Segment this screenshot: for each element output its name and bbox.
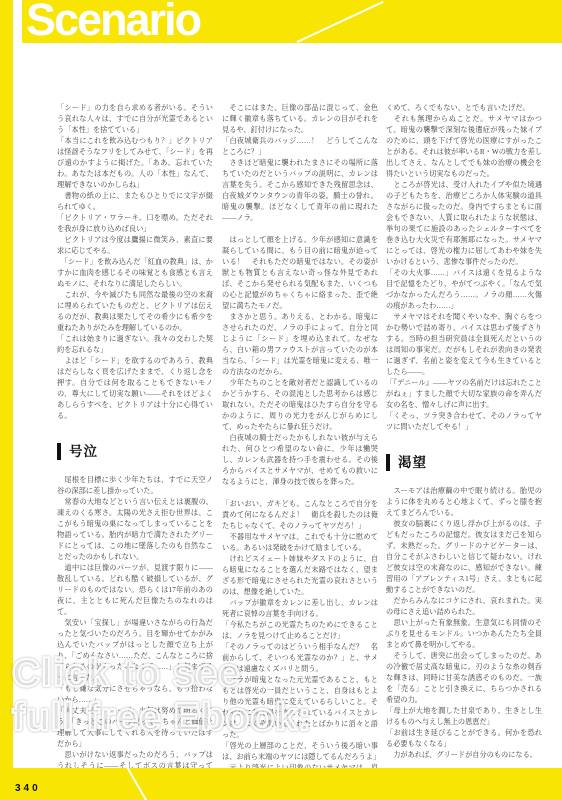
- paragraph: 不器用なサメヤマは、これでも十分に慰めている。あるいは発破をかけて励ましている。: [222, 532, 378, 554]
- paragraph: 道中には巨像のパーツが、見渡す限りに——散乱している。どれも酷く破損しているが、…: [57, 563, 213, 618]
- paragraph: 「おいおい、ガキども。こんなところで自分を責めて何になるんだよ！ 衛兵を殺したの…: [222, 499, 378, 532]
- paragraph: 尾根を目標に歩く少年たちは、すでに天空ノ谷の深部に差し掛かっていた。: [57, 475, 213, 497]
- paragraph: 常春の大地などという言い伝えとは裏腹の、凍えのくる寒さ。太陽の光さえ拒む世界は、…: [57, 497, 213, 563]
- paragraph: 少年たちのことを敵対者だと認識しているのかどうかすら、その混沌とした思考からは感…: [222, 378, 378, 433]
- paragraph: 「今私たちがこの光霊たちのためにできることは、ノラを見つけて止めることだけ」: [222, 620, 378, 642]
- paragraph: スーモアは治療繭の中で眠り続ける。胎児のように体を丸めると心地よくて、ずっと膝を…: [386, 486, 542, 519]
- paragraph: 白夜城の騎士だったかもしれない彼が与えられた、何ひとつ希望のない命に、少年は慟哭…: [222, 433, 378, 488]
- paragraph: さきほど暗鬼に襲われたまさにその場所に落ちていたのだというバップの説明に、カレン…: [222, 158, 378, 224]
- paragraph: 書物の紙の上に、またもひとりでに文字が綴られてゆく。: [57, 191, 213, 213]
- section-heading-label: 号泣: [69, 446, 98, 457]
- paragraph: サメヤマはそれを聞くやいなや、胸ぐらをつかむ勢いで詰め寄り、バイスは思わず後ずさ…: [386, 312, 542, 378]
- paragraph: 「これは始まりに過ぎない。我々の交わした契約を忘れるな」: [57, 334, 213, 356]
- paragraph: 力があれば、グリードが自分のものになる。: [386, 750, 542, 761]
- watermark-line: full free Ebook:: [12, 696, 312, 740]
- column-3: くめて、ろくでもない、とでも言いたげだ。 それも無理からぬことだ。サメヤマはかつ…: [386, 103, 542, 761]
- paragraph: ところが啓光は、受け入れたイブや似た境遇の子どもたちを、治療どころか人体実験の道…: [386, 180, 542, 268]
- paragraph: ビクトリアは今度は鷹揚に微笑み、素直に要求に応じてやる。: [57, 235, 213, 257]
- paragraph: バップが徽章をカレンに差し出し、カレンは死者に哀悼の言葉を手向ける。: [222, 598, 378, 620]
- watermark-line: Click to see: [12, 652, 312, 696]
- page-title: Scenario: [26, 0, 200, 40]
- page-number: 340: [15, 783, 41, 794]
- paragraph: 「お前は生き延びることができる。何かを恐れる必要もなくなる」: [386, 728, 542, 750]
- paragraph: 思い上がった有象無象。生意気にも同情のそぶりを見せるモンドル。いつかあんたたち全…: [386, 618, 542, 651]
- paragraph: これが、今や滅びたも同然な最後の空の末裔に埋められていたものだと、ビクトリアは伝…: [57, 290, 213, 334]
- paragraph: まさかと思う。ありえる、とわかる。暗鬼にさせられたのだ、ノラの手によって、自分と…: [222, 312, 378, 378]
- paragraph: 「ビクトリア・ワラーキ。口を噤め。ただそれを我が身に放り込めば良い」: [57, 213, 213, 235]
- heading-bar: [386, 454, 390, 471]
- paragraph: 「母上が大地を潤した甘泉であり、生きとし生けるものへ与えし無上の恩恵だ」: [386, 706, 542, 728]
- book-page: Scenario 「シード」の力を自ら求める者がいる。そういう哀れな人々は、すで…: [0, 0, 562, 800]
- paragraph: 「啓光の上層部のことだ、そういう後ろ暗い事は、お前ら末端のヤツには隠してるんだろ…: [222, 741, 378, 763]
- paragraph: 「その大火事……」バイスは遠くを見るような目で記憶をたどり、やがてつぶやく。「な…: [386, 268, 542, 312]
- section-heading-katsubou: 渇望: [386, 454, 542, 471]
- paragraph: そこにはまた、巨像の部品に混じって、金色に輝く徽章も落ちている。カレンの目がそれ…: [222, 103, 378, 136]
- heading-bar: [57, 443, 61, 460]
- paragraph: 「本当にこれを飲み込むつもり？」ビクトリアは怪訝そうなフリをしてみせて、「シード…: [57, 136, 213, 191]
- section-heading-label: 渇望: [398, 457, 427, 468]
- paragraph: それも無理からぬことだ。サメヤマはかつて、暗鬼の襲撃で深刻な後遺症が残った妹イブ…: [386, 114, 542, 180]
- paragraph: 「『デニール』——ヤツの名前だけは忘れたことがねぇ」すました顔で大切な家族の命を…: [386, 378, 542, 411]
- paragraph: はっとして顔を上げる。少年が感知に意識を凝らしている間に、もう目の前に暗鬼が迫っ…: [222, 235, 378, 312]
- paragraph: くめて、ろくでもない、とでも言いたげだ。: [386, 103, 542, 114]
- ebook-watermark-link[interactable]: Click to see full free Ebook:: [12, 652, 312, 740]
- section-heading-goukyuu: 号泣: [57, 443, 213, 460]
- paragraph: だからみんなにコケにされ、哀れまれた。実の母にさえ追い詰められた。: [386, 596, 542, 618]
- paragraph: よほど「シード」を欲するのであろう、教典はだらしなく頁を広げたままで、くり返し念…: [57, 356, 213, 422]
- paragraph: そうして、唐突に出会ってしまったのだ。あの冷徹で居丈高な暗鬼に。刃のような糸の剣…: [386, 651, 542, 706]
- paragraph: 「白夜城衛兵のバッジ……！ どうしてこんなところに？」: [222, 136, 378, 158]
- bottom-banner: [0, 768, 562, 800]
- paragraph: 彼女の脳裏にくり返し浮かび上がるのは、子どもだったころの記憶だ。彼女はまだ己を知…: [386, 519, 542, 596]
- paragraph: 「シード」の力を自ら求める者がいる。そういう哀れな人々は、すでに自分が光霊である…: [57, 103, 213, 136]
- paragraph: 「くそっ、ツラ突き合わせて、そのノラってヤツに問いただしてやる！」: [386, 411, 542, 433]
- paragraph: 「シード」を飲み込んだ「紅血の教典」は、かすかに血肉を感じるその味覚とも食感とも…: [57, 257, 213, 290]
- paragraph: けれどスイェート姉妹やダスドのように、自ら暗鬼になることを選んだ末路ではなく、望…: [222, 554, 378, 598]
